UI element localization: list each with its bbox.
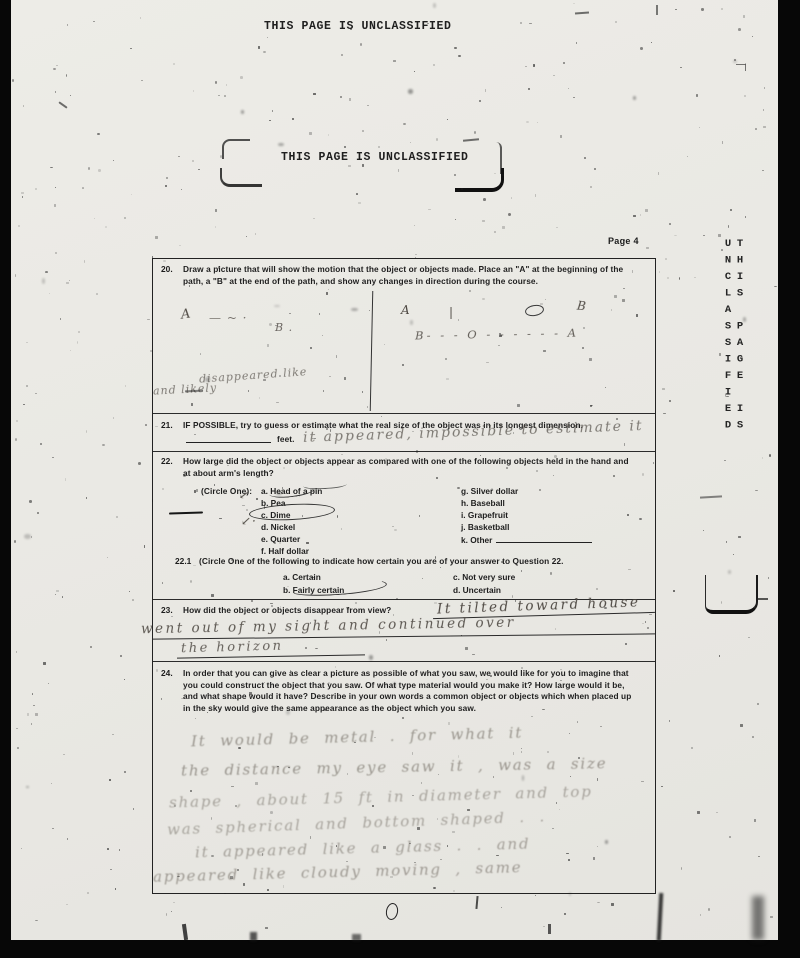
side-bracket-tick [758,598,768,600]
option-quarter: e. Quarter [261,534,322,546]
scan-smudge-1 [752,896,764,940]
question-24-answer-line-1: It would be metal . for what it [191,724,524,751]
stamp-stray-dash [463,138,479,141]
option-baseball: h. Baseball [461,498,592,510]
sketch-right-path: B- - - O - - - - - - A [415,326,579,343]
option-uncertain: d. Uncertain [453,585,515,598]
classification-side-text: THIS PAGE IS UNCLASSIFIED [722,238,746,578]
question-24-answer-line-6: appeared like cloudy moving , same [153,858,523,886]
option-grapefruit: i. Grapefruit [461,510,592,522]
other-blank-line [496,534,592,543]
arrow-mark-icon: ↙ [238,487,251,502]
scan-blob-2 [548,924,551,934]
scan-blob-1 [182,924,188,940]
question-23-text: How did the object or objects disappear … [183,605,439,617]
head-underline-mark [303,479,347,490]
question-22-section: 22. How large did the object or objects … [153,451,655,600]
sketch-right-oval [524,303,545,317]
sketch-left-label-b: B . [275,321,293,334]
stray-tick-top [656,5,658,15]
question-23-number: 23. [161,605,173,615]
question-22-1-text: (Circle One of the following to indicate… [199,556,629,568]
question-24-number: 24. [161,668,173,678]
option-not-very-sure: c. Not very sure [453,572,515,585]
classification-header-top: THIS PAGE IS UNCLASSIFIED [264,20,452,33]
stray-dash-top [575,12,589,15]
question-22-1-number: 22.1 [175,556,191,566]
option-nickel: d. Nickel [261,522,322,534]
answer-blank-line [186,434,271,443]
scanned-document-page: THIS PAGE IS UNCLASSIFIED THIS PAGE IS U… [0,0,800,958]
sketch-divider-line [370,291,374,411]
question-24-section: 24. In order that you can give as clear … [153,661,655,894]
question-23-section: 23. How did the object or objects disapp… [153,599,655,662]
question-23-answer-line-2: went out of my sight and continued over [141,615,516,638]
question-24-text: In order that you can give as clear a pi… [183,668,635,714]
option-basketball: j. Basketball [461,522,592,534]
question-24-answer-line-2: the distance my eye saw it , was a size [181,754,608,779]
page-number: Page 4 [608,236,639,246]
option-other-label: k. Other [461,535,492,545]
scan-streak-1 [657,893,664,941]
scan-blob-3 [250,932,257,941]
question-22-number: 22. [161,456,173,466]
question-20-section: 20. Draw a picture that will show the mo… [153,259,655,413]
size-options-right-column: g. Silver dollar h. Baseball i. Grapefru… [461,486,592,546]
scan-edge-bottom [0,940,800,958]
question-23-answer-line-3: the horizon [181,639,284,657]
sketch-left-label-a: A [180,306,192,322]
scan-edge-right [778,0,800,958]
question-21-number: 21. [161,420,173,430]
question-20-number: 20. [161,264,173,274]
sketch-right-tick: | [449,305,454,319]
side-bracket-bottom [705,575,758,614]
sketch-left-path: — ~ · [209,311,248,325]
question-24-answer-line-4: was spherical and bottom shaped . . [167,807,547,838]
stray-curve-mark [58,101,67,108]
sketch-right-label-a: A [401,303,411,317]
question-22-text: How large did the object or objects appe… [183,456,635,479]
stray-tick-1 [475,896,478,909]
margin-dash-mark [169,511,203,514]
question-24-answer-line-5: it appeared like a glass . . and [195,835,531,862]
scan-edge-left [0,0,11,958]
scan-blob-4 [352,934,361,941]
questionnaire-form: 20. Draw a picture that will show the mo… [152,258,656,894]
stray-dash-right [700,495,722,498]
stamp-bracket-top-left [222,139,250,159]
stray-hook-mark [736,64,746,71]
question-21-section: 21. IF POSSIBLE, try to guess or estimat… [153,413,655,452]
option-silver-dollar: g. Silver dollar [461,486,592,498]
classification-header-stamp: THIS PAGE IS UNCLASSIFIED [281,151,469,164]
option-other: k. Other [461,534,592,546]
sketch-right-label-b: B [576,299,587,314]
question-20-text: Draw a picture that will show the motion… [183,264,645,287]
stamp-bracket-bottom-left [220,168,262,187]
feet-label: feet. [277,434,295,446]
certainty-options-right-column: c. Not very sure d. Uncertain [453,572,515,598]
stray-oval-mark [385,902,400,921]
